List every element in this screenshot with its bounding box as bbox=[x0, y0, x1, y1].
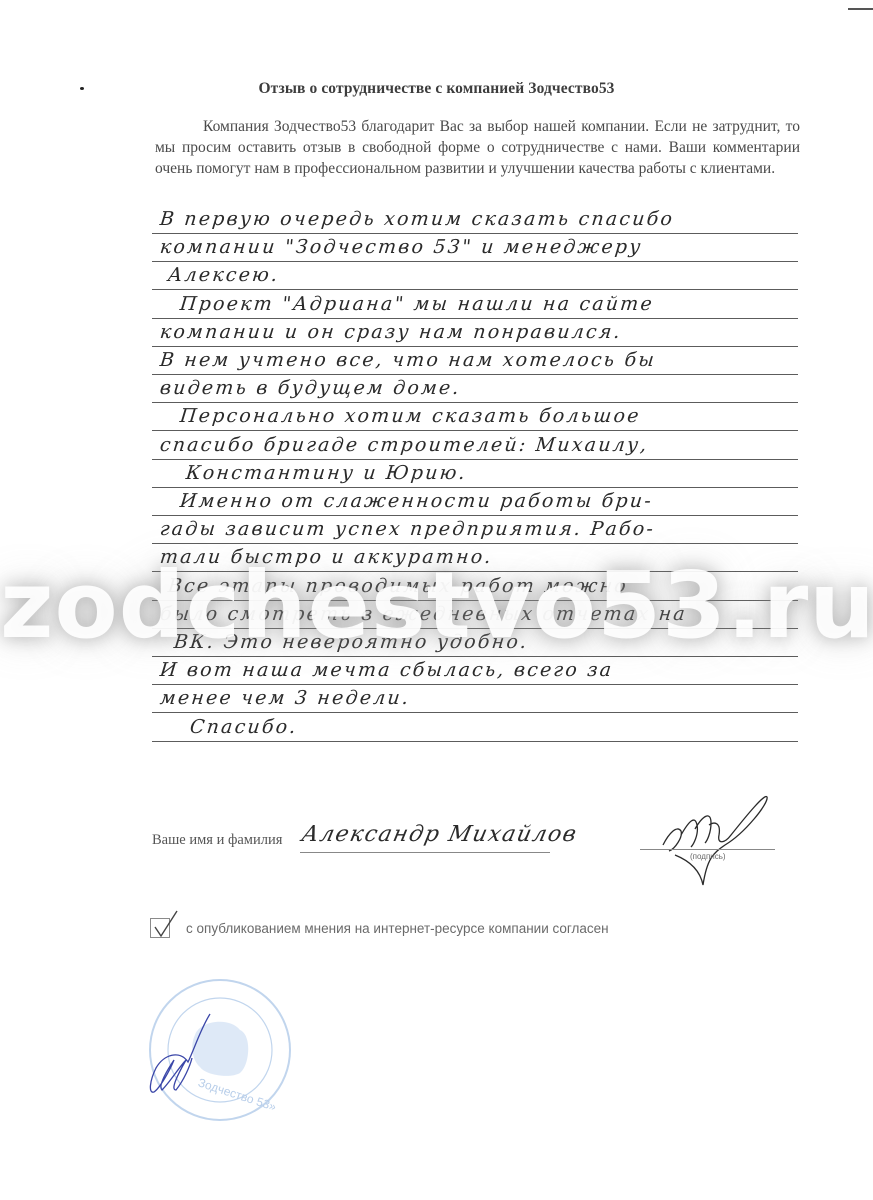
ruled-line bbox=[152, 712, 798, 713]
review-line: компании "Зодчество 53" и менеджеру bbox=[159, 236, 801, 258]
ruled-line bbox=[152, 459, 798, 460]
review-line: Спасибо. bbox=[189, 716, 831, 738]
ruled-line bbox=[152, 318, 798, 319]
ruled-line bbox=[152, 374, 798, 375]
review-line: видеть в будущем доме. bbox=[159, 377, 801, 399]
stamp-signature-icon bbox=[140, 1010, 220, 1100]
review-line: Алексею. bbox=[167, 264, 809, 286]
signature-caption: (подпись) bbox=[690, 852, 726, 861]
review-line: Персонально хотим сказать большое bbox=[179, 405, 821, 427]
review-form-page: Отзыв о сотрудничестве с компанией Зодче… bbox=[0, 0, 873, 1200]
ruled-line bbox=[152, 346, 798, 347]
signature-line bbox=[640, 849, 775, 850]
consent-label: с опубликованием мнения на интернет-ресу… bbox=[186, 921, 609, 936]
ruled-line bbox=[152, 543, 798, 544]
review-line: гады зависит успех предприятия. Рабо- bbox=[159, 518, 801, 540]
document-title: Отзыв о сотрудничестве с компанией Зодче… bbox=[0, 80, 873, 98]
review-line: В первую очередь хотим сказать спасибо bbox=[159, 208, 801, 230]
ruled-line bbox=[152, 741, 798, 742]
consent-checkbox[interactable] bbox=[150, 918, 170, 938]
review-line: Константину и Юрию. bbox=[185, 462, 827, 484]
name-field-value[interactable]: Александр Михайлов bbox=[299, 822, 580, 847]
ruled-line bbox=[152, 684, 798, 685]
review-line: компании и он сразу нам понравился. bbox=[159, 321, 801, 343]
ruled-line bbox=[152, 289, 798, 290]
checkmark-icon bbox=[149, 909, 179, 939]
ruled-line bbox=[152, 261, 798, 262]
review-line: менее чем 3 недели. bbox=[159, 687, 801, 709]
review-line: Именно от слаженности работы бри- bbox=[179, 490, 821, 512]
name-field-label: Ваше имя и фамилия bbox=[152, 832, 282, 849]
intro-text: Компания Зодчество53 благодарит Вас за в… bbox=[155, 118, 800, 177]
signature-icon bbox=[655, 785, 780, 895]
scan-corner-mark bbox=[848, 8, 873, 10]
ruled-line bbox=[152, 487, 798, 488]
review-line: В нем учтено все, что нам хотелось бы bbox=[159, 349, 801, 371]
consent-row[interactable]: с опубликованием мнения на интернет-ресу… bbox=[150, 918, 609, 938]
watermark-glow bbox=[10, 555, 865, 665]
ruled-line bbox=[152, 233, 798, 234]
review-line: спасибо бригаде строителей: Михаилу, bbox=[159, 434, 801, 456]
name-field-line bbox=[300, 852, 550, 853]
ruled-line bbox=[152, 515, 798, 516]
ruled-line bbox=[152, 402, 798, 403]
review-line: Проект "Адриана" мы нашли на сайте bbox=[179, 293, 821, 315]
intro-paragraph: Компания Зодчество53 благодарит Вас за в… bbox=[155, 116, 800, 179]
ruled-line bbox=[152, 430, 798, 431]
